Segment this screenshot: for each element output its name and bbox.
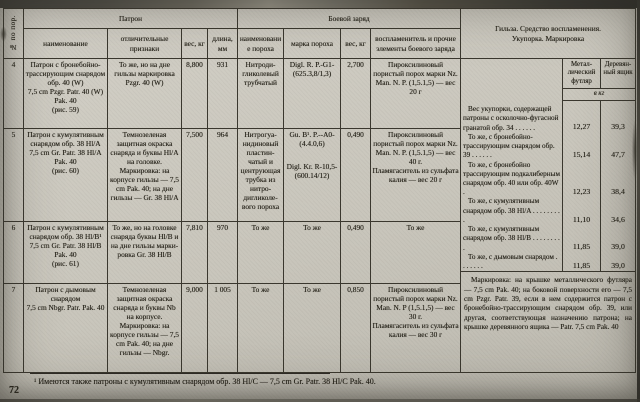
packing-entry-label: То же, с дымовым снарядом . . . . . . .	[461, 253, 563, 272]
packing-entry-label: То же, с бронебойно-трассирующим снаря­д…	[461, 133, 563, 161]
powder-brand-1: Digl. R. P.-G1-(625.3,8/1,3)	[285, 60, 339, 78]
cell-powder-name: То же	[238, 222, 284, 284]
cell-features: Темнозеленая защитная окраска снаряда и …	[108, 284, 182, 373]
packing-kg-spacer	[461, 88, 563, 101]
packing-entry-metal-weight: 15,14	[563, 133, 601, 161]
packing-entry-metal-weight: 12,23	[563, 161, 601, 198]
packing-head-metal-case: Метал-лический футляр	[563, 59, 601, 88]
cell-weight: 8,800	[182, 59, 208, 129]
packing-head-spacer	[461, 59, 563, 88]
cell-powder-name: То же	[238, 284, 284, 373]
col-header-features: отличительные признаки	[108, 29, 182, 59]
packing-entry-label: То же, с кумулятив­ным снарядом обр. 38 …	[461, 197, 563, 225]
cell-length: 964	[208, 129, 238, 222]
col-header-igniter: воспламенитель и прочие элементы боевого…	[371, 29, 461, 59]
cell-igniter: Пироксилиновый пористый порох марки Nz. …	[371, 284, 461, 373]
packing-entry-metal-weight: 11,85	[563, 253, 601, 272]
col-header-weight: вес, кг	[182, 29, 208, 59]
cell-features: То же, но на дне гильзы марки­ровка Pzgr…	[108, 59, 182, 129]
packing-entry-box-weight: 34,6	[601, 197, 635, 225]
col-group-charge: Боевой заряд	[238, 9, 461, 29]
cell-length: 970	[208, 222, 238, 284]
cell-powder-brand: То же	[284, 284, 341, 373]
cell-length: 931	[208, 59, 238, 129]
col-header-number: № по пор.	[4, 9, 24, 59]
packing-entry-box-weight: 47,7	[601, 133, 635, 161]
col-group-gilza: Гильза. Средство воспламенения. Укупорка…	[461, 9, 636, 59]
page-number: 72	[9, 385, 19, 396]
cell-weight: 7,500	[182, 129, 208, 222]
header-group-row: № по пор. Патрон Боевой заряд Гильза. Ср…	[4, 9, 636, 29]
cell-cartridge-name: Патрон с куму­лятивным снаря­дом обр. 38…	[24, 222, 108, 284]
packing-entry-label: То же, с бронебойно трассирующим подка­л…	[461, 161, 563, 198]
cell-igniter: Пироксилиновый пористый порох марки Nz. …	[371, 129, 461, 222]
cell-powder-name: Нитрогуа­нидиновый пластин­чатый и центр…	[238, 129, 284, 222]
cell-charge-weight: 0,490	[341, 129, 371, 222]
cell-features: Темнозеленая защитная окраска снаряда и …	[108, 129, 182, 222]
ammunition-table: № по пор. Патрон Боевой заряд Гильза. Ср…	[3, 8, 636, 373]
cell-cartridge-name: Патрон с дымо­вым снарядом 7,5 cm Nbgr. …	[24, 284, 108, 373]
col-header-number-label: № по пор.	[9, 15, 18, 51]
powder-brand-2: Digl. Kr. R-10,5-(600.14/12)	[285, 162, 339, 180]
cell-powder-name: Нитроди­гликолевый трубчатый	[238, 59, 284, 129]
powder-brand-1: То же	[285, 223, 339, 232]
cell-cartridge-name: Патрон с броне­бойно-трасси­рую­щим снар…	[24, 59, 108, 129]
packing-entry-label: Вес укупорки, содер­жащей патроны с оско…	[461, 101, 563, 133]
powder-brand-1: Gu. B¹. P.-‑A0-(4.4.0,6)	[285, 130, 339, 148]
cell-gilza-packing: Метал-лический футляр Деревян-ный ящик в…	[461, 59, 636, 373]
table-row: 4 Патрон с броне­бойно-трасси­рую­щим сн…	[4, 59, 636, 129]
cell-cartridge-name: Патрон с куму­лятивным снаря­дом обр. 38…	[24, 129, 108, 222]
cell-igniter: То же	[371, 222, 461, 284]
cell-powder-brand: То же	[284, 222, 341, 284]
footnote-rule	[30, 373, 330, 374]
packing-entry-box-weight: 39,3	[601, 101, 635, 133]
footnote-text: ¹ Имеются также патроны с кумулятивным с…	[8, 377, 630, 386]
col-group-patron: Патрон	[24, 9, 238, 29]
powder-brand-1: То же	[285, 285, 339, 294]
cell-charge-weight: 2,700	[341, 59, 371, 129]
packing-entry-box-weight: 39,0	[601, 225, 635, 253]
packing-kg-label: в кг	[563, 88, 635, 101]
col-header-charge-weight: вес, кг	[341, 29, 371, 59]
packing-entry-metal-weight: 11,85	[563, 225, 601, 253]
cell-igniter: Пироксилиновый пористый порох марки Nz. …	[371, 59, 461, 129]
cell-weight: 7,810	[182, 222, 208, 284]
packing-mini-table: Метал-лический футляр Деревян-ный ящик в…	[461, 59, 635, 371]
cell-length: 1 005	[208, 284, 238, 373]
cell-row-number: 4	[4, 59, 24, 129]
cell-weight: 9,000	[182, 284, 208, 373]
scan-edge-top	[0, 0, 640, 8]
cell-features: То же, но на головке снаряда буквы Hl/B …	[108, 222, 182, 284]
packing-entry-label: То же, с кумулятив­ным снарядом обр. 38 …	[461, 225, 563, 253]
cell-charge-weight: 0,850	[341, 284, 371, 373]
powder-brand-gap	[285, 148, 339, 162]
cell-row-number: 6	[4, 222, 24, 284]
footnote: ¹ Имеются также патроны с кумулятивным с…	[8, 373, 630, 386]
packing-entry-metal-weight: 11,10	[563, 197, 601, 225]
cell-powder-brand: Digl. R. P.-G1-(625.3,8/1,3)	[284, 59, 341, 129]
cell-row-number: 5	[4, 129, 24, 222]
packing-marking-note: Маркировка: на крышке металличе­ского фу…	[461, 272, 635, 335]
col-header-powder-name: наименование пороха	[238, 29, 284, 59]
cell-powder-brand: Gu. B¹. P.-‑A0-(4.4.0,6) Digl. Kr. R-10,…	[284, 129, 341, 222]
col-header-length: длина, мм	[208, 29, 238, 59]
packing-entry-box-weight: 38,4	[601, 161, 635, 198]
col-header-name: наименование	[24, 29, 108, 59]
cell-charge-weight: 0,490	[341, 222, 371, 284]
scanned-page: № по пор. Патрон Боевой заряд Гильза. Ср…	[0, 0, 640, 402]
packing-head-wooden-box: Деревян-ный ящик	[601, 59, 635, 88]
cell-row-number: 7	[4, 284, 24, 373]
packing-entry-box-weight: 39,0	[601, 253, 635, 272]
packing-entry-metal-weight: 12,27	[563, 101, 601, 133]
col-header-powder-brand: марка пороха	[284, 29, 341, 59]
